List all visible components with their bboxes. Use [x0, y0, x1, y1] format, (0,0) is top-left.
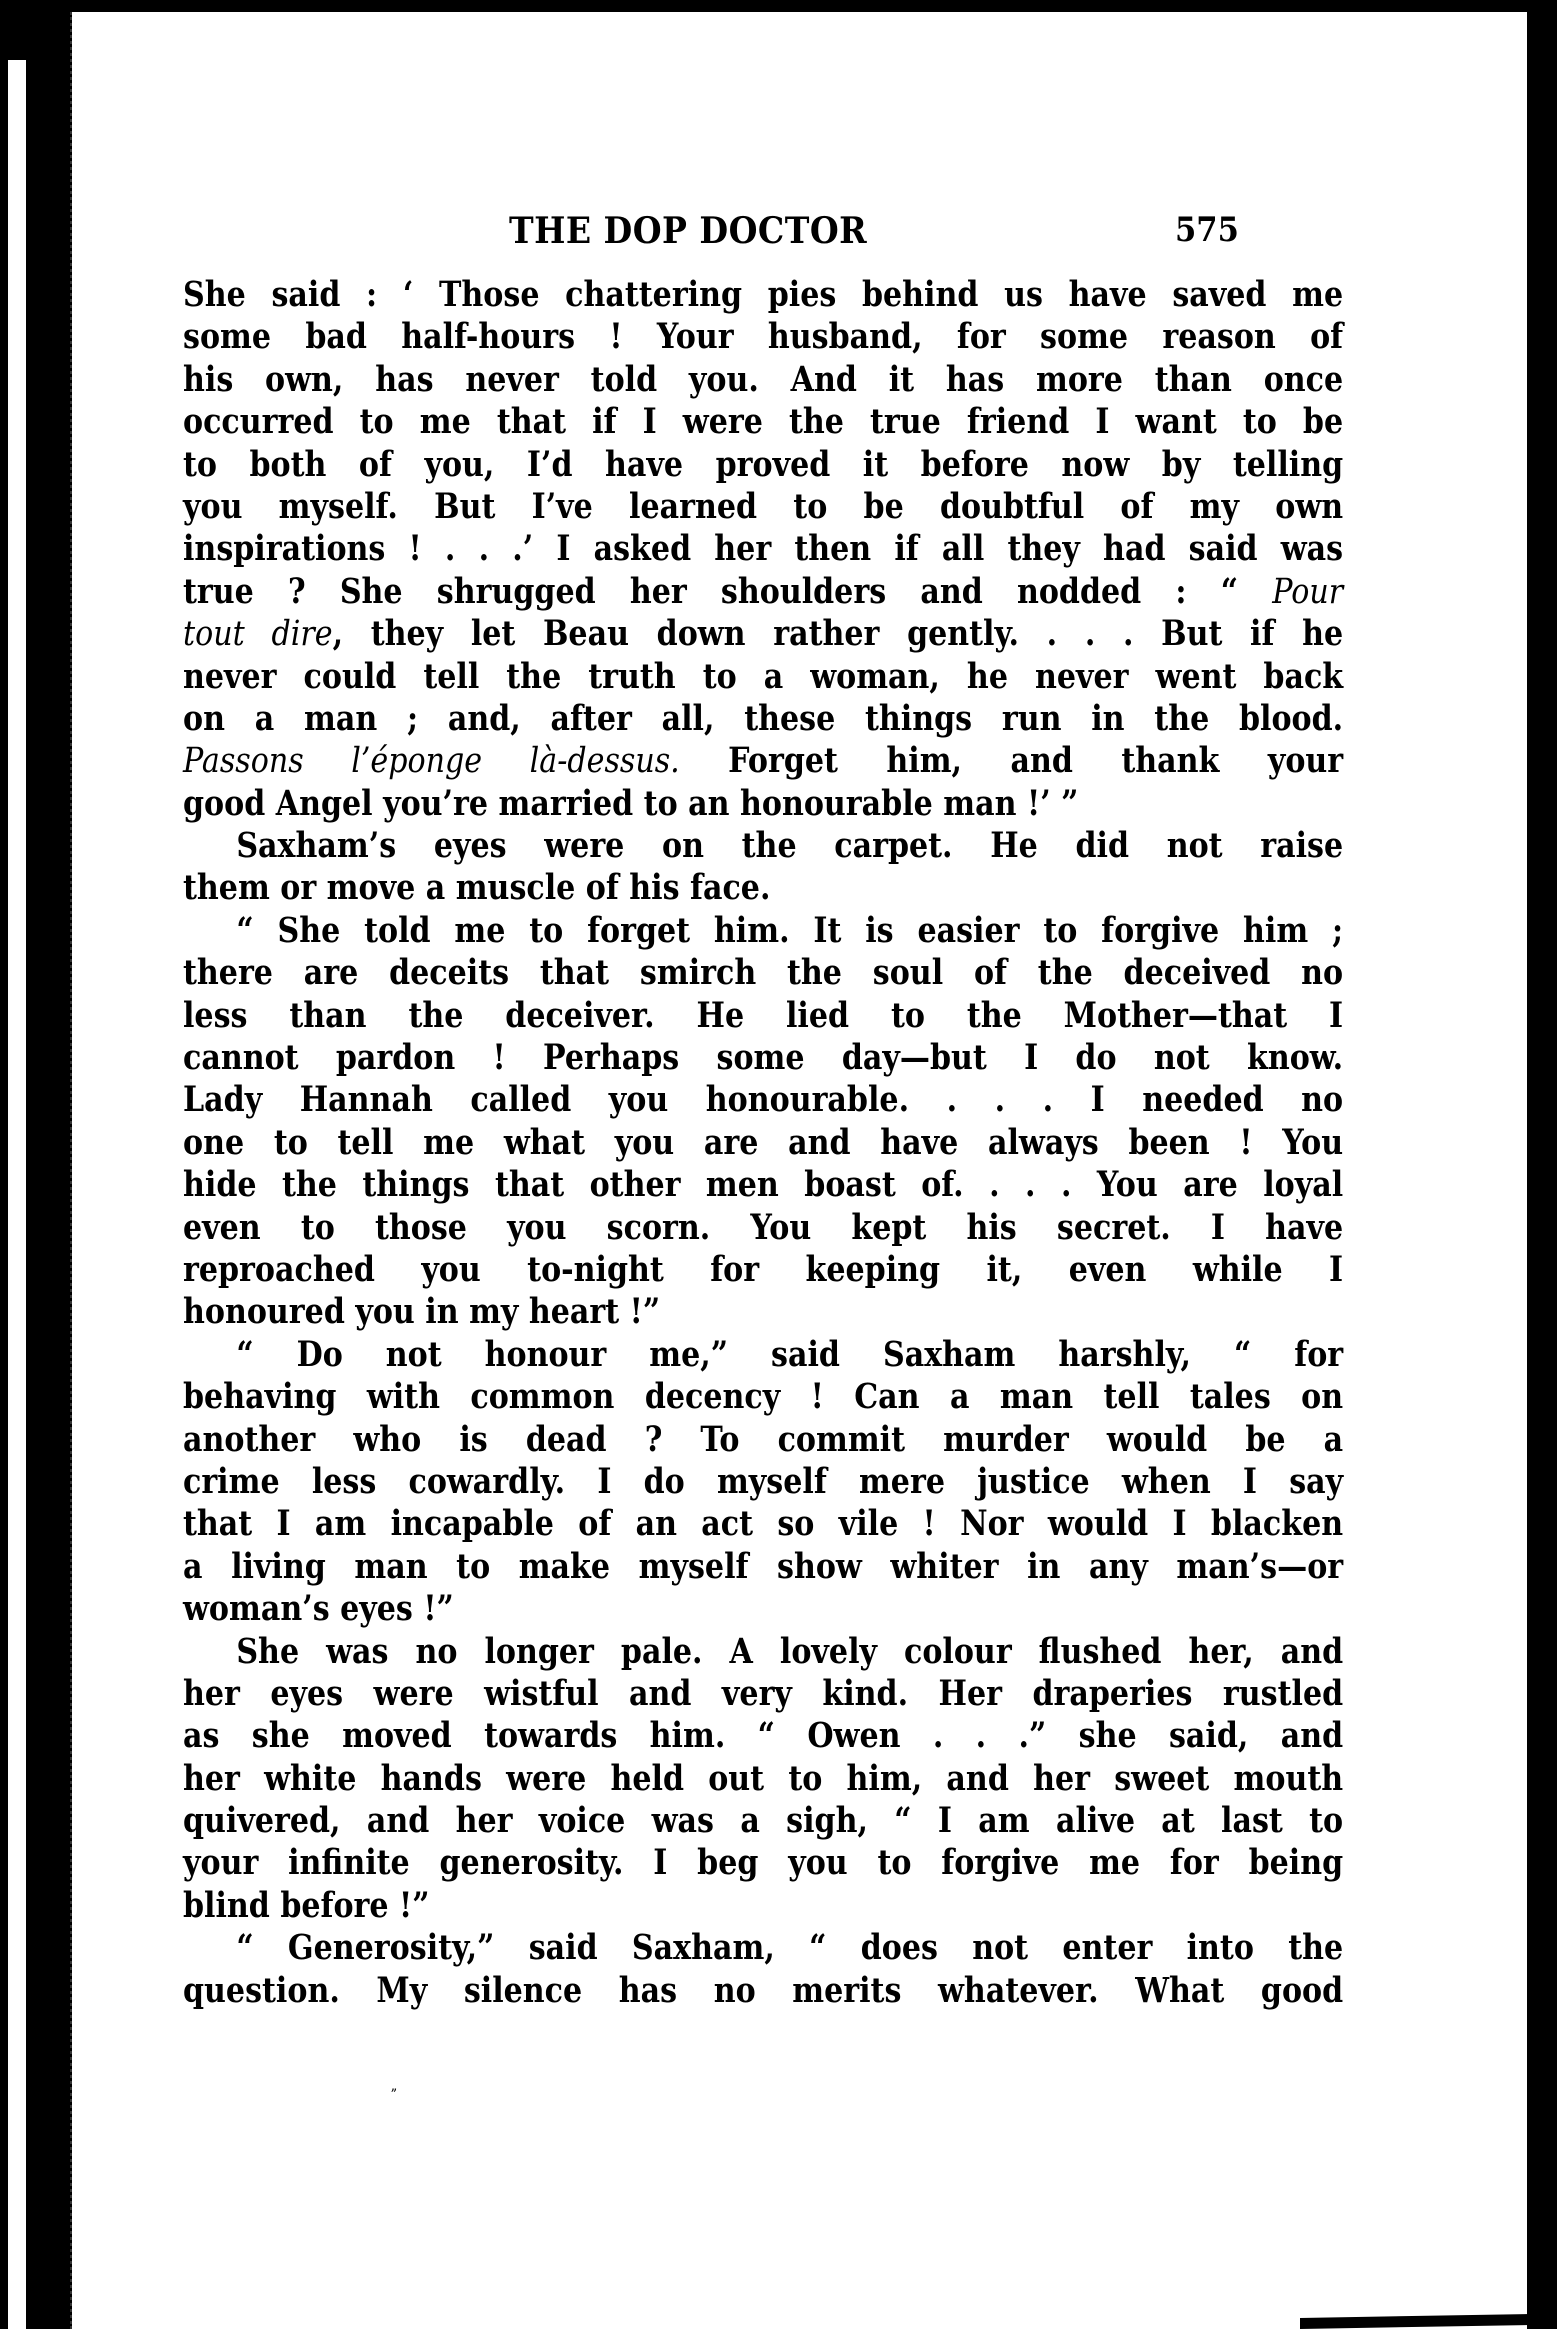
scan-binding-edge	[0, 0, 8, 2329]
text-line: Saxham’s eyes were on the carpet. He did…	[183, 825, 1343, 867]
stray-ink-mark: ˮ	[390, 2087, 397, 2103]
text-line: hide the things that other men boast of.…	[183, 1164, 1343, 1206]
text-line: quivered, and her voice was a sigh, “ I …	[183, 1800, 1343, 1842]
text-segment: , they let Beau down rather gently. . . …	[333, 613, 1344, 654]
text-line: “ She told me to forget him. It is easie…	[183, 910, 1343, 952]
text-line: never could tell the truth to a woman, h…	[183, 656, 1343, 698]
text-line: some bad half-hours ! Your husband, for …	[183, 316, 1343, 358]
text-line: her eyes were wistful and very kind. Her…	[183, 1673, 1343, 1715]
text-line: them or move a muscle of his face.	[183, 867, 1343, 909]
text-line: blind before !”	[183, 1885, 1343, 1927]
text-line: a living man to make myself show whiter …	[183, 1546, 1343, 1588]
text-line: Lady Hannah called you honourable. . . .…	[183, 1079, 1343, 1121]
text-line: reproached you to-night for keeping it, …	[183, 1249, 1343, 1291]
text-line: less than the deceiver. He lied to the M…	[183, 995, 1343, 1037]
text-line: woman’s eyes !”	[183, 1588, 1343, 1630]
page-number: 575	[1175, 210, 1239, 250]
text-line: tout dire, they let Beau down rather gen…	[183, 613, 1343, 655]
scan-border-top	[0, 0, 1557, 12]
text-line: as she moved towards him. “ Owen . . .” …	[183, 1715, 1343, 1757]
text-line: another who is dead ? To commit murder w…	[183, 1419, 1343, 1461]
text-line: even to those you scorn. You kept his se…	[183, 1207, 1343, 1249]
scan-binding-gutter	[26, 12, 73, 2329]
text-line: that I am incapable of an act so vile ! …	[183, 1503, 1343, 1545]
text-line: good Angel you’re married to an honourab…	[183, 783, 1343, 825]
text-line: She said : ‘ Those chattering pies behin…	[183, 274, 1343, 316]
text-line: true ? She shrugged her shoulders and no…	[183, 571, 1343, 613]
text-segment: Forget him, and thank your	[680, 740, 1343, 781]
text-line: cannot pardon ! Perhaps some day—but I d…	[183, 1037, 1343, 1079]
text-line: on a man ; and, after all, these things …	[183, 698, 1343, 740]
scan-border-right	[1527, 0, 1557, 2329]
body-text: She said : ‘ Those chattering pies behin…	[183, 274, 1343, 2012]
text-line: She was no longer pale. A lovely colour …	[183, 1631, 1343, 1673]
running-head: THE DOP DOCTOR 575	[72, 210, 1527, 260]
text-line: occurred to me that if I were the true f…	[183, 401, 1343, 443]
text-line: your infinite generosity. I beg you to f…	[183, 1842, 1343, 1884]
text-line: his own, has never told you. And it has …	[183, 359, 1343, 401]
text-line: honoured you in my heart !”	[183, 1291, 1343, 1333]
text-line: Passons l’éponge là-dessus. Forget him, …	[183, 740, 1343, 782]
text-line: you myself. But I’ve learned to be doubt…	[183, 486, 1343, 528]
text-line: inspirations ! . . .’ I asked her then i…	[183, 528, 1343, 570]
text-line: behaving with common decency ! Can a man…	[183, 1376, 1343, 1418]
text-line: there are deceits that smirch the soul o…	[183, 952, 1343, 994]
text-line: “ Generosity,” said Saxham, “ does not e…	[183, 1927, 1343, 1969]
text-line: to both of you, I’d have proved it befor…	[183, 444, 1343, 486]
text-segment: true ? She shrugged her shoulders and no…	[183, 571, 1272, 612]
text-line: her white hands were held out to him, an…	[183, 1758, 1343, 1800]
text-line: one to tell me what you are and have alw…	[183, 1122, 1343, 1164]
text-line: crime less cowardly. I do myself mere ju…	[183, 1461, 1343, 1503]
book-page: THE DOP DOCTOR 575 She said : ‘ Those ch…	[72, 12, 1527, 2329]
text-line: “ Do not honour me,” said Saxham harshly…	[183, 1334, 1343, 1376]
italic-phrase: Passons l’éponge là-dessus.	[183, 741, 680, 781]
running-title: THE DOP DOCTOR	[509, 210, 867, 252]
italic-phrase: Pour	[1272, 572, 1343, 612]
text-line: question. My silence has no merits whate…	[183, 1970, 1343, 2012]
italic-phrase: tout dire	[183, 614, 333, 654]
